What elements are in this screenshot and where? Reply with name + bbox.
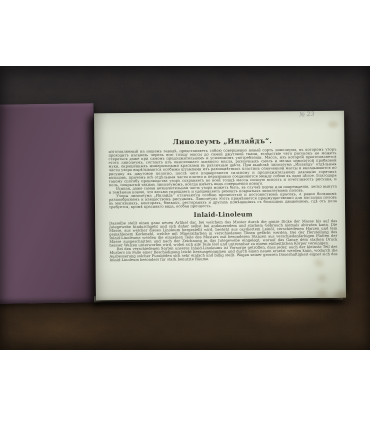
catalog-page: № 23 Линолеумъ „Инлайдъ“. изготовляемый … [94, 111, 346, 301]
purple-book-cover [0, 103, 97, 304]
russian-paragraph-1: изготовляемый на нашемъ заводѣ, представ… [108, 147, 336, 186]
german-heading: Inlaid-Linoleum [109, 210, 337, 220]
book-photograph: № 23 Линолеумъ „Инлайдъ“. изготовляемый … [0, 66, 370, 350]
russian-paragraph-3: Узоры линолеума „Инлайдъ“ отличаются осо… [109, 192, 337, 209]
foxing-stain-dot [328, 121, 338, 128]
page-text-block: Линолеумъ „Инлайдъ“. изготовляемый на на… [94, 111, 346, 262]
product-photo-card: № 23 Линолеумъ „Инлайдъ“. изготовляемый … [0, 0, 370, 423]
russian-title: Линолеумъ „Инлайдъ“. [108, 136, 336, 147]
german-paragraph-2: Bei den verschiedenen Sorten unseres Inl… [109, 245, 337, 262]
german-paragraph-1: Dasselbe stellt einen ganz neuen Artikel… [109, 219, 337, 247]
corner-grime-stain [318, 278, 348, 300]
